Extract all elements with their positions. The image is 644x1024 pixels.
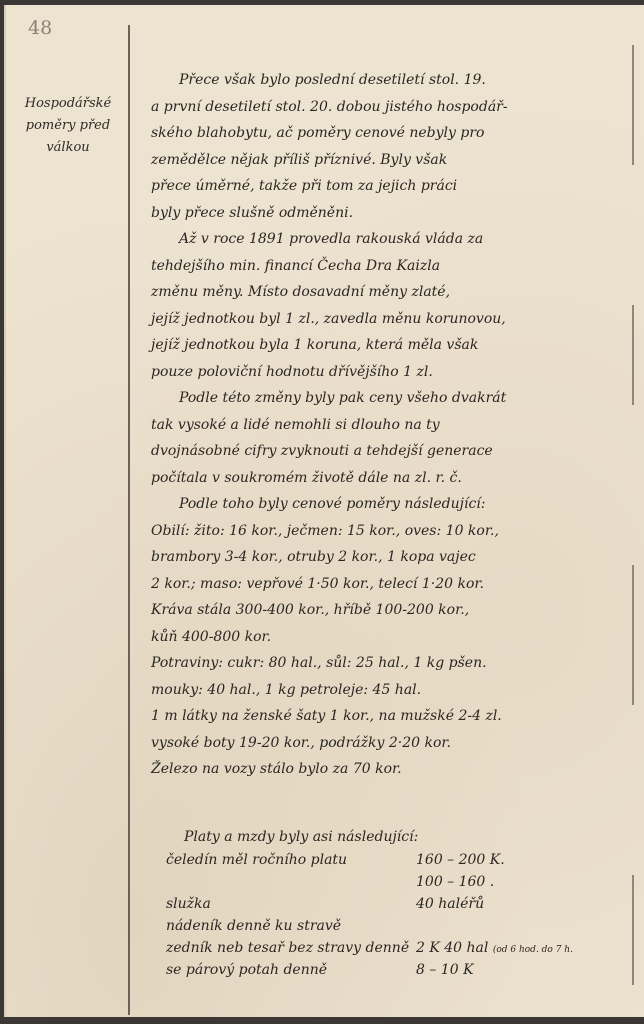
wage-row: čeledín měl ročního platu160 – 200 K. xyxy=(166,849,636,871)
wage-value: 2 K 40 hal (od 6 hod. do 7 h. xyxy=(416,937,573,961)
wage-label: služka xyxy=(166,893,211,915)
text-line: Potraviny: cukr: 80 hal., sůl: 25 hal., … xyxy=(151,650,621,677)
text-line: brambory 3-4 kor., otruby 2 kor., 1 kopa… xyxy=(151,544,621,571)
page-number: 48 xyxy=(28,17,52,39)
text-line: pouze poloviční hodnotu dřívějšího 1 zl. xyxy=(151,359,621,386)
wage-amount: 8 – 10 K xyxy=(416,962,474,978)
text-line: ského blahobytu, ač poměry cenové nebyly… xyxy=(151,120,621,147)
text-line: přece úměrné, takže při tom za jejich pr… xyxy=(151,173,621,200)
text-line: jejíž jednotkou byla 1 koruna, která měl… xyxy=(151,332,621,359)
text-line: Kráva stála 300-400 kor., hříbě 100-200 … xyxy=(151,597,621,624)
text-line: Přece však bylo poslední desetiletí stol… xyxy=(151,67,621,94)
wage-label: nádeník denně ku stravě xyxy=(166,915,341,937)
text-line: kůň 400-800 kor. xyxy=(151,624,621,651)
wage-value: 8 – 10 K xyxy=(416,959,474,981)
wage-heading: Platy a mzdy byly asi následující: xyxy=(166,825,636,849)
wage-row: 100 – 160 . xyxy=(166,871,636,893)
text-line: a první desetiletí stol. 20. dobou jisté… xyxy=(151,94,621,121)
margin-heading: Hospodářské poměry před válkou xyxy=(12,93,124,159)
text-line: dvojnásobné cifry zvyknouti a tehdejší g… xyxy=(151,438,621,465)
wage-value: 160 – 200 K. xyxy=(416,849,505,871)
text-line: tak vysoké a lidé nemohli si dlouho na t… xyxy=(151,412,621,439)
text-line: 2 kor.; maso: vepřové 1·50 kor., telecí … xyxy=(151,571,621,598)
text-line: vysoké boty 19-20 kor., podrážky 2·20 ko… xyxy=(151,730,621,757)
wage-note: (od 6 hod. do 7 h. xyxy=(493,945,573,955)
text-line: Až v roce 1891 provedla rakouská vláda z… xyxy=(151,226,621,253)
handwritten-body: Přece však bylo poslední desetiletí stol… xyxy=(151,67,621,783)
wage-label: se párový potah denně xyxy=(166,959,327,981)
wage-amount: 2 K 40 hal xyxy=(416,940,488,956)
right-edge-mark xyxy=(632,565,634,705)
wage-amount: 100 – 160 . xyxy=(416,874,494,890)
wage-row: se párový potah denně8 – 10 K xyxy=(166,959,636,981)
text-line: byly přece slušně odměněni. xyxy=(151,200,621,227)
text-line: Podle této změny byly pak ceny všeho dva… xyxy=(151,385,621,412)
text-line: Železo na vozy stálo bylo za 70 kor. xyxy=(151,756,621,783)
text-line: změnu měny. Místo dosavadní měny zlaté, xyxy=(151,279,621,306)
wage-amount: 40 haléřů xyxy=(416,896,484,912)
wage-row: služka40 haléřů xyxy=(166,893,636,915)
text-line: počítala v soukromém životě dále na zl. … xyxy=(151,465,621,492)
text-line: jejíž jednotkou byl 1 zl., zavedla měnu … xyxy=(151,306,621,333)
wage-row: zedník neb tesař bez stravy denně2 K 40 … xyxy=(166,937,636,959)
text-line: tehdejšího min. financí Čecha Dra Kaizla xyxy=(151,253,621,280)
wage-label: čeledín měl ročního platu xyxy=(166,849,347,871)
text-line: mouky: 40 hal., 1 kg petroleje: 45 hal. xyxy=(151,677,621,704)
margin-rule xyxy=(128,25,130,1015)
wage-value: 100 – 160 . xyxy=(416,871,494,893)
right-edge-mark xyxy=(632,45,634,165)
text-line: Obilí: žito: 16 kor., ječmen: 15 kor., o… xyxy=(151,518,621,545)
wage-list: Platy a mzdy byly asi následující: čeled… xyxy=(166,825,636,981)
text-line: 1 m látky na ženské šaty 1 kor., na mužs… xyxy=(151,703,621,730)
text-line: Podle toho byly cenové poměry následujíc… xyxy=(151,491,621,518)
text-line: zemědělce nějak příliš příznivé. Byly vš… xyxy=(151,147,621,174)
right-edge-mark xyxy=(632,305,634,405)
notebook-page: 48 Hospodářské poměry před válkou Přece … xyxy=(4,5,644,1017)
wage-amount: 160 – 200 K. xyxy=(416,852,505,868)
wage-label: zedník neb tesař bez stravy denně xyxy=(166,937,409,959)
wage-value: 40 haléřů xyxy=(416,893,484,915)
wage-row: nádeník denně ku stravě xyxy=(166,915,636,937)
